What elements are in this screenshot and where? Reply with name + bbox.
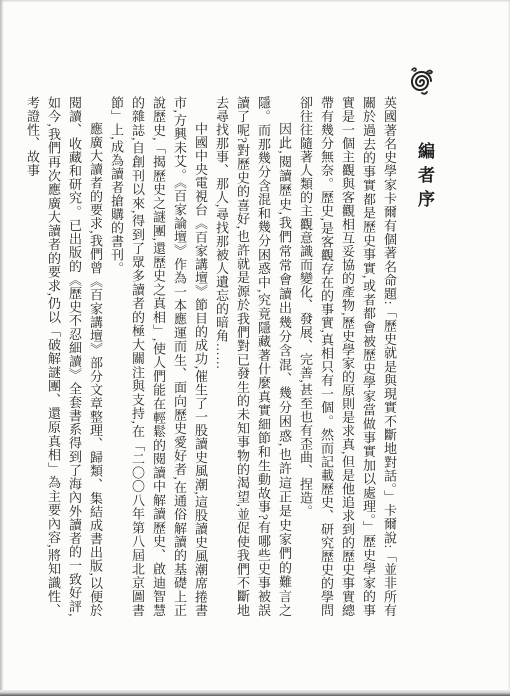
preface-body: 英國著名史學家卡爾有個著名命題:「歷史就是與現實不斷地對話。」卡爾說:「並非所有… <box>40 96 400 617</box>
preface-paragraph-1: 英國著名史學家卡爾有個著名命題:「歷史就是與現實不斷地對話。」卡爾說:「並非所有… <box>295 96 400 617</box>
preface-paragraph-2: 因此,閱讀歷史,我們常常會讀出幾分含混、幾分困惑,也許這正是史家們的難言之隱。而… <box>211 96 295 617</box>
preface-paragraph-4: 應廣大讀者的要求,我們曾《百家講壇》部分文章整理、歸類、集結成書出版,以便於閱讀… <box>22 96 106 617</box>
preface-paragraph-3: 中國中央電視台《百家講壇》節目的成功,催生了一股讀史風潮,這股讀史風潮席捲書市,… <box>106 96 211 617</box>
spiral-cloud-icon <box>406 66 434 96</box>
book-page: 編者序 英國著名史學家卡爾有個著名命題:「歷史就是與現實不斷地對話。」卡爾說:「… <box>0 0 510 696</box>
chapter-title: 編者序 <box>412 142 436 214</box>
